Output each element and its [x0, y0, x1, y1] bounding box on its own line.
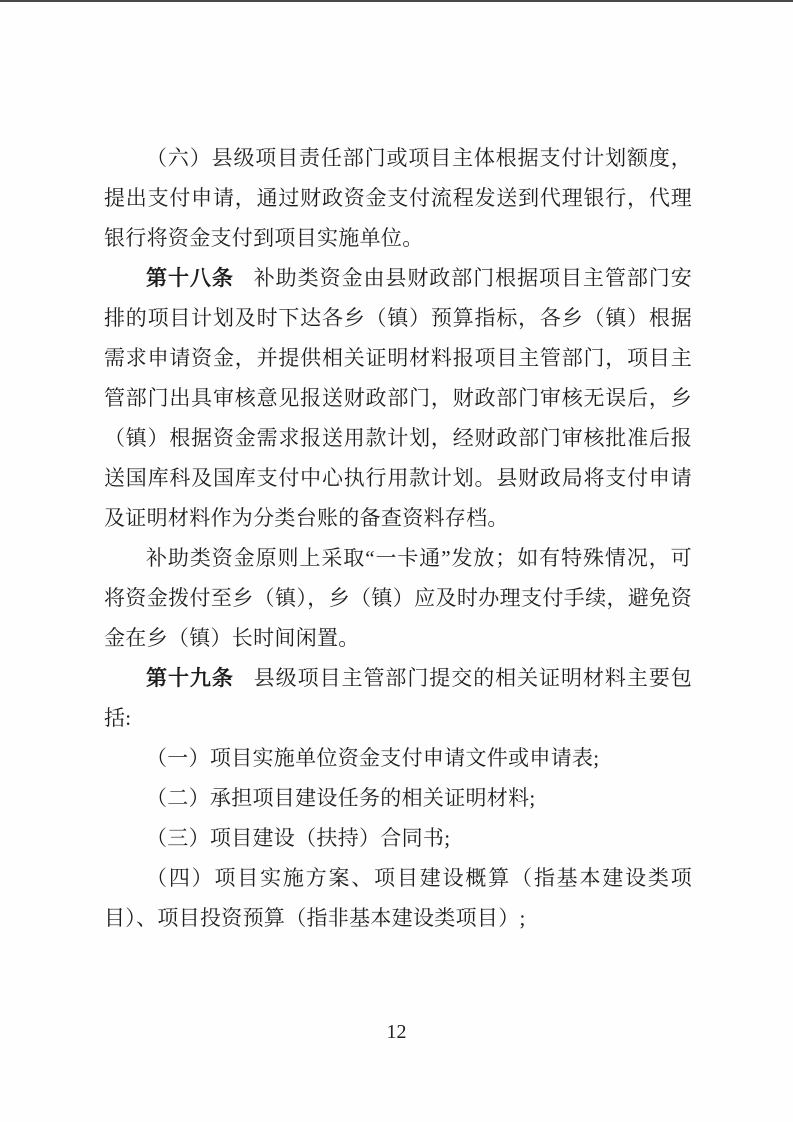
document-body: （六）县级项目责任部门或项目主体根据支付计划额度，提出支付申请，通过财政资金支付… [104, 138, 692, 938]
article-number: 第十八条 [146, 266, 234, 290]
paragraph-text: 补助类资金由县财政部门根据项目主管部门安排的项目计划及时下达各乡（镇）预算指标，… [104, 266, 692, 530]
list-item-text: （二）承担项目建设任务的相关证明材料; [146, 786, 536, 810]
list-item-2: （二）承担项目建设任务的相关证明材料; [104, 778, 692, 818]
list-item-1: （一）项目实施单位资金支付申请文件或申请表; [104, 738, 692, 778]
list-item-3: （三）项目建设（扶持）合同书; [104, 818, 692, 858]
list-item-text: （四）项目实施方案、项目建设概算（指基本建设类项目）、项目投资预算（指非基本建设… [104, 866, 692, 930]
article-number: 第十九条 [146, 666, 234, 690]
paragraph-subsidy-funds: 补助类资金原则上采取“一卡通”发放；如有特殊情况，可将资金拨付至乡（镇），乡（镇… [104, 538, 692, 658]
paragraph-text: （六）县级项目责任部门或项目主体根据支付计划额度，提出支付申请，通过财政资金支付… [104, 146, 692, 250]
paragraph-article-18: 第十八条补助类资金由县财政部门根据项目主管部门安排的项目计划及时下达各乡（镇）预… [104, 258, 692, 538]
list-item-text: （一）项目实施单位资金支付申请文件或申请表; [146, 746, 599, 770]
scan-edge-artifact [0, 0, 793, 2]
paragraph-text: 补助类资金原则上采取“一卡通”发放；如有特殊情况，可将资金拨付至乡（镇），乡（镇… [104, 546, 692, 650]
list-item-text: （三）项目建设（扶持）合同书; [146, 826, 450, 850]
page-number: 12 [0, 1018, 793, 1046]
paragraph-article-19: 第十九条县级项目主管部门提交的相关证明材料主要包括: [104, 658, 692, 738]
list-item-4: （四）项目实施方案、项目建设概算（指基本建设类项目）、项目投资预算（指非基本建设… [104, 858, 692, 938]
paragraph-item-6: （六）县级项目责任部门或项目主体根据支付计划额度，提出支付申请，通过财政资金支付… [104, 138, 692, 258]
document-page: （六）县级项目责任部门或项目主体根据支付计划额度，提出支付申请，通过财政资金支付… [0, 0, 793, 1122]
